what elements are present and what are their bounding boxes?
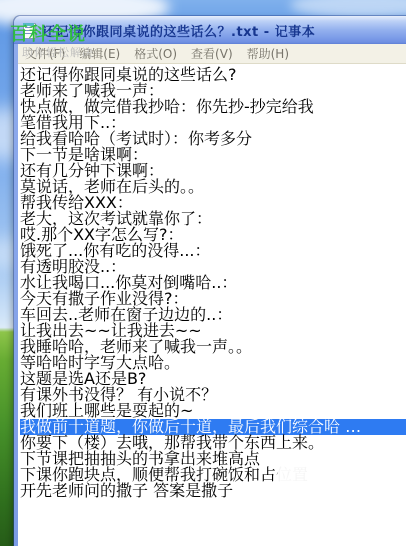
menu-item-3[interactable]: 查看(V) <box>184 44 240 64</box>
watermark-subtitle: 助你轻松解决 <box>22 44 94 60</box>
watermark-title: 百科全说 <box>10 20 86 46</box>
menu-item-4[interactable]: 帮助(H) <box>240 44 296 64</box>
menu-item-2[interactable]: 格式(O) <box>127 44 184 64</box>
watermark-card <box>278 458 406 538</box>
